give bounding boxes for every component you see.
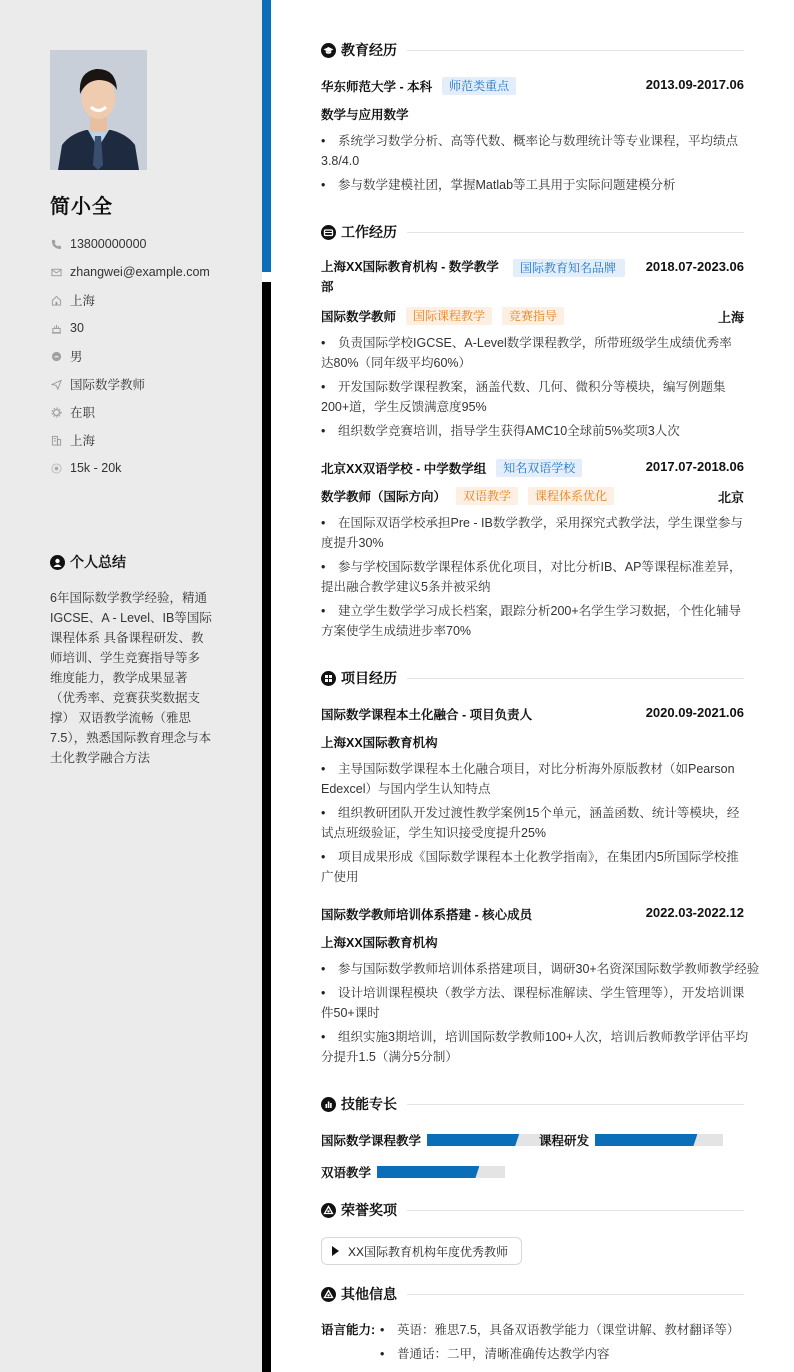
bullet: 参与数学建模社团，掌握Matlab等工具用于实际问题建模分析 xyxy=(321,175,744,195)
bullet: 在国际双语学校承担Pre - IB数学教学，采用探究式教学法，学生课堂参与度提升… xyxy=(321,513,744,553)
work-city: 北京 xyxy=(718,487,744,506)
bullet: 组织教研团队开发过渡性教学案例15个单元，涵盖函数、统计等模块，经试点班级验证，… xyxy=(321,803,744,843)
skill-item: 双语教学 xyxy=(321,1165,505,1179)
school-name: 华东师范大学 - 本科 xyxy=(321,77,432,95)
role-tag: 竞赛指导 xyxy=(502,307,564,325)
skill-item: 国际数学课程教学 xyxy=(321,1133,555,1147)
candidate-name: 简小全 xyxy=(50,190,113,219)
section-divider xyxy=(407,232,744,233)
work-item-1-role: 国际数学教师 国际课程教学 竞赛指导 上海 xyxy=(321,307,744,326)
salary-icon xyxy=(50,462,62,474)
company-tag: 知名双语学校 xyxy=(496,459,582,477)
section-title: 技能专长 xyxy=(341,1094,397,1114)
bullet: 项目成果形成《国际数学课程本土化教学指南》，在集团内5所国际学校推广使用 xyxy=(321,847,744,887)
work-item-2-role: 数学教师（国际方向） 双语教学 课程体系优化 北京 xyxy=(321,487,744,506)
section-skills: 技能专长 xyxy=(321,1094,744,1114)
work-item-2-header: 北京XX双语学校 - 中学数学组 知名双语学校 2017.07-2018.06 xyxy=(321,459,744,477)
section-title: 工作经历 xyxy=(341,222,397,242)
bullet: 组织数学竞赛培训，指导学生获得AMC10全球前5%奖项3人次 xyxy=(321,421,744,441)
briefcase-icon xyxy=(321,225,336,240)
graduation-cap-icon xyxy=(321,43,336,58)
project-item-2-bullets: 参与国际数学教师培训体系搭建项目，调研30+名资深国际数学教师教学经验 设计培训… xyxy=(321,959,751,1071)
bullet: 主导国际数学课程本土化融合项目，对比分析海外原版教材（如Pearson Edex… xyxy=(321,759,744,799)
skill-bar xyxy=(377,1166,505,1178)
contact-info-list: 13800000000 zhangwei@example.com 上海 30 男… xyxy=(50,230,250,482)
project-org: 上海XX国际教育机构 xyxy=(321,733,438,751)
info-age: 30 xyxy=(50,314,250,342)
target-city-text: 上海 xyxy=(70,431,95,449)
section-title: 项目经历 xyxy=(341,668,397,688)
skill-bar xyxy=(427,1134,555,1146)
grid-icon xyxy=(321,671,336,686)
section-title: 其他信息 xyxy=(341,1284,397,1304)
cake-icon xyxy=(50,322,62,334)
section-honors: 荣誉奖项 xyxy=(321,1200,744,1220)
info-email: zhangwei@example.com xyxy=(50,258,250,286)
phone-icon xyxy=(50,238,62,250)
section-title: 教育经历 xyxy=(341,40,397,60)
skill-name: 双语教学 xyxy=(321,1163,371,1181)
section-other: 其他信息 xyxy=(321,1284,744,1304)
project-name: 国际数学课程本土化融合 - 项目负责人 xyxy=(321,705,532,723)
section-projects: 项目经历 xyxy=(321,668,744,688)
skill-bar-fill xyxy=(595,1134,697,1146)
info-salary: 15k - 20k xyxy=(50,454,250,482)
section-divider xyxy=(407,1104,744,1105)
company-tag: 国际教育知名品牌 xyxy=(513,259,625,277)
section-divider xyxy=(407,50,744,51)
user-icon xyxy=(50,555,65,570)
building-icon xyxy=(50,434,62,446)
role-tag: 国际课程教学 xyxy=(406,307,492,325)
project-name: 国际数学教师培训体系搭建 - 核心成员 xyxy=(321,905,532,923)
send-icon xyxy=(50,378,62,390)
skill-name: 国际数学课程教学 xyxy=(321,1131,421,1149)
phone-text: 13800000000 xyxy=(70,237,146,251)
education-major-row: 数学与应用数学 xyxy=(321,105,744,123)
bullet: 组织实施3期培训，培训国际数学教师100+人次，培训后教师教学评估平均分提升1.… xyxy=(321,1027,751,1067)
mail-icon xyxy=(50,266,62,278)
bar-chart-icon xyxy=(321,1097,336,1112)
skill-name: 课程研发 xyxy=(539,1131,589,1149)
bullet: 开发国际数学课程教案，涵盖代数、几何、微积分等模块，编写例题集200+道，学生反… xyxy=(321,377,744,417)
location-text: 上海 xyxy=(70,291,95,309)
position-text: 国际数学教师 xyxy=(70,375,145,393)
award-text: XX国际教育机构年度优秀教师 xyxy=(348,1243,508,1260)
section-divider xyxy=(407,1210,744,1211)
info-status: 在职 xyxy=(50,398,250,426)
project-item-1-org: 上海XX国际教育机构 xyxy=(321,733,744,751)
home-icon xyxy=(50,294,62,306)
project-item-1-header: 国际数学课程本土化融合 - 项目负责人 2020.09-2021.06 xyxy=(321,705,744,723)
salary-text: 15k - 20k xyxy=(70,461,121,475)
company-name: 上海XX国际教育机构 - 数学教学部 xyxy=(321,257,503,297)
play-icon xyxy=(332,1246,339,1256)
info-phone: 13800000000 xyxy=(50,230,250,258)
work-date: 2018.07-2023.06 xyxy=(646,259,744,274)
education-date: 2013.09-2017.06 xyxy=(646,77,744,92)
project-org: 上海XX国际教育机构 xyxy=(321,933,438,951)
work-city: 上海 xyxy=(718,307,744,326)
language-item: 普通话：二甲，清晰准确传达教学内容 xyxy=(380,1344,780,1368)
bullet: 参与国际数学教师培训体系搭建项目，调研30+名资深国际数学教师教学经验 xyxy=(321,959,751,979)
company-name: 北京XX双语学校 - 中学数学组 xyxy=(321,459,486,477)
info-position: 国际数学教师 xyxy=(50,370,250,398)
info-location: 上海 xyxy=(50,286,250,314)
bullet: 设计培训课程模块（教学方法、课程标准解读、学生管理等），开发培训课件50+课时 xyxy=(321,983,751,1023)
award-icon xyxy=(321,1203,336,1218)
project-item-1-bullets: 主导国际数学课程本土化融合项目，对比分析海外原版教材（如Pearson Edex… xyxy=(321,759,744,891)
accent-bar xyxy=(262,0,271,272)
skill-bar xyxy=(595,1134,723,1146)
summary-title-text: 个人总结 xyxy=(70,552,126,572)
skill-bar-fill xyxy=(427,1134,519,1146)
language-label: 语言能力: xyxy=(321,1320,375,1338)
role: 国际数学教师 xyxy=(321,307,396,325)
role-tag: 课程体系优化 xyxy=(528,487,614,505)
section-divider xyxy=(407,1294,744,1295)
email-text: zhangwei@example.com xyxy=(70,265,210,279)
role: 数学教师（国际方向） xyxy=(321,487,446,505)
status-text: 在职 xyxy=(70,403,95,421)
language-list: 英语：雅思7.5，具备双语教学能力（课堂讲解、教材翻译等） 普通话：二甲，清晰准… xyxy=(380,1320,780,1368)
section-work: 工作经历 xyxy=(321,222,744,242)
gender-icon xyxy=(50,350,62,362)
work-item-1-header: 上海XX国际教育机构 - 数学教学部 国际教育知名品牌 2018.07-2023… xyxy=(321,259,744,297)
divider-bar xyxy=(262,282,271,1372)
section-divider xyxy=(407,678,744,679)
project-item-2-org: 上海XX国际教育机构 xyxy=(321,933,744,951)
bullet: 系统学习数学分析、高等代数、概率论与数理统计等专业课程，平均绩点3.8/4.0 xyxy=(321,131,744,171)
work-item-2-bullets: 在国际双语学校承担Pre - IB数学教学，采用探究式教学法，学生课堂参与度提升… xyxy=(321,513,744,645)
avatar xyxy=(50,50,147,170)
info-target-city: 上海 xyxy=(50,426,250,454)
summary-text: 6年国际数学教学经验，精通IGCSE、A - Level、IB等国际课程体系 具… xyxy=(50,588,212,768)
skill-item: 课程研发 xyxy=(539,1133,723,1147)
work-date: 2017.07-2018.06 xyxy=(646,459,744,474)
info-gender: 男 xyxy=(50,342,250,370)
gender-text: 男 xyxy=(70,347,83,365)
section-education: 教育经历 xyxy=(321,40,744,60)
section-title: 荣誉奖项 xyxy=(341,1200,397,1220)
major: 数学与应用数学 xyxy=(321,105,409,123)
gear-icon xyxy=(50,406,62,418)
project-date: 2022.03-2022.12 xyxy=(646,905,744,920)
work-item-1-bullets: 负责国际学校IGCSE、A-Level数学课程教学，所带班级学生成绩优秀率达80… xyxy=(321,333,744,445)
skill-bar-fill xyxy=(377,1166,479,1178)
age-text: 30 xyxy=(70,321,84,335)
award-icon xyxy=(321,1287,336,1302)
education-item: 华东师范大学 - 本科 师范类重点 2013.09-2017.06 xyxy=(321,77,744,95)
project-date: 2020.09-2021.06 xyxy=(646,705,744,720)
role-tag: 双语教学 xyxy=(456,487,518,505)
summary-heading: 个人总结 xyxy=(50,552,126,572)
education-bullets: 系统学习数学分析、高等代数、概率论与数理统计等专业课程，平均绩点3.8/4.0 … xyxy=(321,131,744,199)
award-item[interactable]: XX国际教育机构年度优秀教师 xyxy=(321,1237,522,1265)
school-tag: 师范类重点 xyxy=(442,77,516,95)
project-item-2-header: 国际数学教师培训体系搭建 - 核心成员 2022.03-2022.12 xyxy=(321,905,744,923)
bullet: 负责国际学校IGCSE、A-Level数学课程教学，所带班级学生成绩优秀率达80… xyxy=(321,333,744,373)
language-item: 英语：雅思7.5，具备双语教学能力（课堂讲解、教材翻译等） xyxy=(380,1320,780,1344)
bullet: 建立学生数学学习成长档案，跟踪分析200+名学生学习数据，个性化辅导方案使学生成… xyxy=(321,601,744,641)
bullet: 参与学校国际数学课程体系优化项目，对比分析IB、AP等课程标准差异，提出融合教学… xyxy=(321,557,744,597)
